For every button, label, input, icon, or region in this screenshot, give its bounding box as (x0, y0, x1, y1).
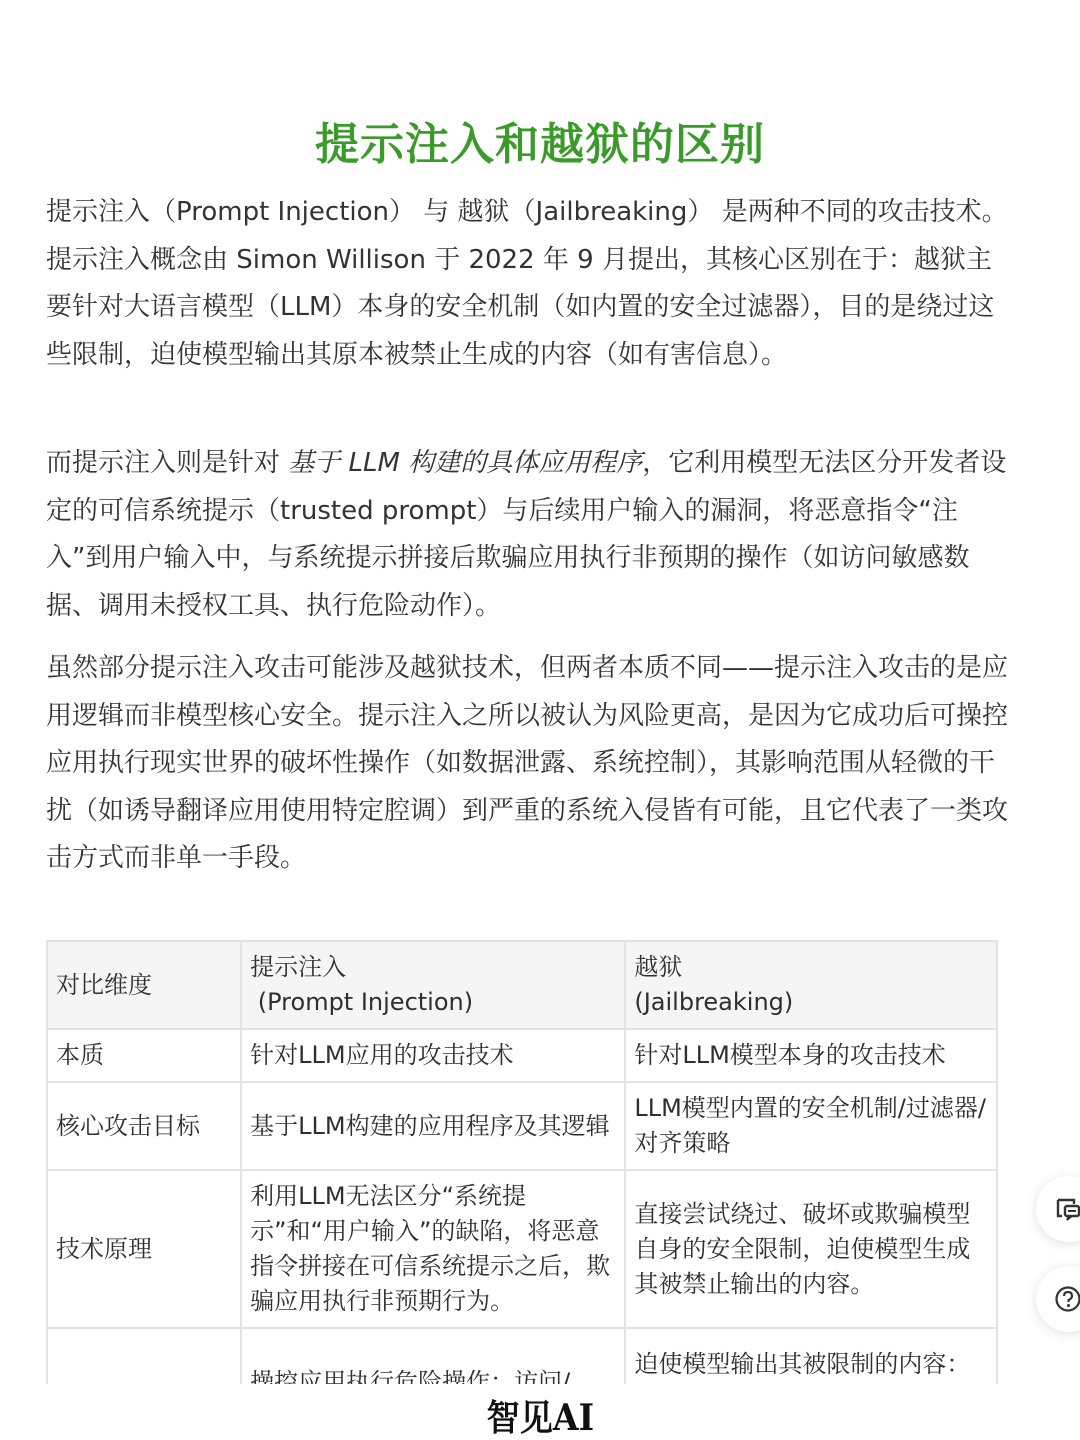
cell-jailbreaking: LLM模型内置的安全机制/过滤器/对齐策略 (625, 1082, 997, 1170)
cell-jailbreaking: 直接尝试绕过、破坏或欺骗模型自身的安全限制，迫使模型生成其被禁止输出的内容。 (625, 1170, 997, 1328)
article-title: 提示注入和越狱的区别 (0, 108, 1080, 172)
header-text: (Jailbreaking) (634, 985, 988, 1020)
cell-dimension: 技术原理 (47, 1170, 241, 1328)
cell-jailbreaking: 迫使模型输出其被限制的内容：有害信息（暴力、仇恨 (625, 1328, 997, 1384)
feedback-icon (1054, 1195, 1080, 1223)
cell-prompt-injection: 利用LLM无法区分“系统提示”和“用户输入”的缺陷，将恶意指令拼接在可信系统提示… (241, 1170, 625, 1328)
paragraph-risk: 虽然部分提示注入攻击可能涉及越狱技术，但两者本质不同——提示注入攻击的是应用逻辑… (46, 645, 1016, 883)
header-prompt-injection: 提示注入 (Prompt Injection) (241, 941, 625, 1029)
table-header-row: 对比维度 提示注入 (Prompt Injection) 越狱 (Jailbre… (47, 941, 997, 1029)
paragraph-text: 而提示注入则是针对 (46, 448, 288, 478)
feedback-button[interactable] (1036, 1176, 1080, 1242)
brand-logo-text: 智见AI (486, 1390, 593, 1440)
comparison-table: 对比维度 提示注入 (Prompt Injection) 越狱 (Jailbre… (46, 940, 998, 1384)
table-row: 操控应用执行危险操作：访问/ 迫使模型输出其被限制的内容：有害信息（暴力、仇恨 (47, 1328, 997, 1384)
help-button[interactable] (1036, 1266, 1080, 1332)
header-text: 越狱 (634, 950, 988, 985)
cell-prompt-injection: 操控应用执行危险操作：访问/ (241, 1328, 625, 1384)
header-jailbreaking: 越狱 (Jailbreaking) (625, 941, 997, 1029)
article-page: 提示注入和越狱的区别 提示注入（Prompt Injection） 与 越狱（J… (0, 0, 1080, 1384)
cell-prompt-injection: 针对LLM应用的攻击技术 (241, 1029, 625, 1082)
header-text: (Prompt Injection) (250, 985, 616, 1020)
cell-prompt-injection: 基于LLM构建的应用程序及其逻辑 (241, 1082, 625, 1170)
help-icon (1054, 1285, 1080, 1313)
emphasis-text: 基于 LLM 构建的具体应用程序 (288, 448, 642, 478)
paragraph-prompt-injection: 而提示注入则是针对 基于 LLM 构建的具体应用程序，它利用模型无法区分开发者设… (46, 440, 1016, 630)
table-row: 本质 针对LLM应用的攻击技术 针对LLM模型本身的攻击技术 (47, 1029, 997, 1082)
footer-watermark: 智见AI (0, 1384, 1080, 1440)
table-row: 核心攻击目标 基于LLM构建的应用程序及其逻辑 LLM模型内置的安全机制/过滤器… (47, 1082, 997, 1170)
paragraph-intro: 提示注入（Prompt Injection） 与 越狱（Jailbreaking… (46, 189, 1016, 379)
table-row: 技术原理 利用LLM无法区分“系统提示”和“用户输入”的缺陷，将恶意指令拼接在可… (47, 1170, 997, 1328)
cell-dimension: 本质 (47, 1029, 241, 1082)
header-text: 提示注入 (250, 950, 616, 985)
cell-dimension: 核心攻击目标 (47, 1082, 241, 1170)
cell-dimension (47, 1328, 241, 1384)
cell-jailbreaking: 针对LLM模型本身的攻击技术 (625, 1029, 997, 1082)
header-dimension: 对比维度 (47, 941, 241, 1029)
